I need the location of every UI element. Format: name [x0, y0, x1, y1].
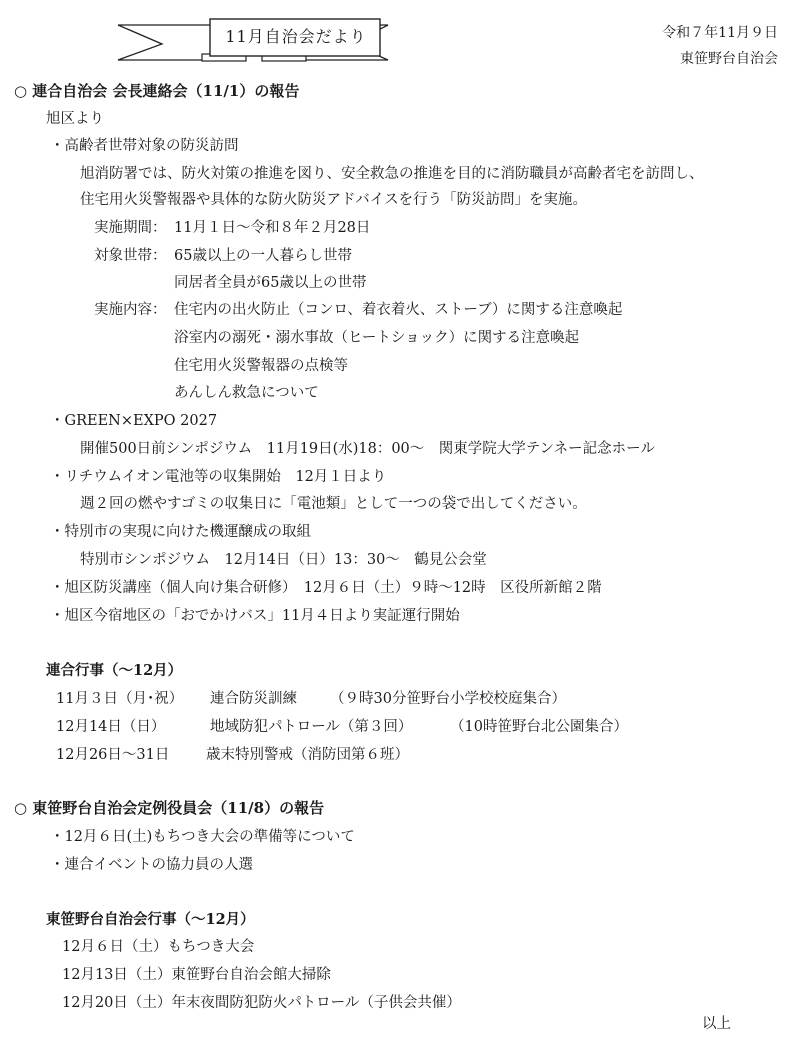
item-body: 週２回の燃やすゴミの収集日に「電池類」として一つの袋で出してください。: [80, 492, 587, 513]
detail-value: 同居者全員が65歳以上の世帯: [174, 271, 366, 292]
item-body: 開催500日前シンポジウム 11月19日(水)18：00〜 関東学院大学テンネー…: [80, 437, 655, 458]
item-title: ・特別市の実現に向けた機運醸成の取組: [50, 520, 311, 541]
issue-date: 令和７年11月９日: [662, 22, 778, 42]
detail-value: 住宅用火災警報器の点検等: [174, 354, 348, 375]
newsletter-title: 11月自治会だより: [210, 21, 382, 53]
detail-label: 対象世帯：: [94, 244, 167, 265]
detail-label: 実施内容：: [94, 298, 167, 319]
section2-item: ・連合イベントの協力員の人選: [50, 853, 253, 874]
item-body: 特別市シンポジウム 12月14日（日）13：30〜 鶴見公会堂: [80, 548, 487, 569]
event-date: 11月３日（月･祝）: [56, 687, 183, 708]
detail-value: 浴室内の溺死・溺水事故（ヒートショック）に関する注意喚起: [174, 326, 579, 347]
item-body: 住宅用火災警報器や具体的な防火防災アドバイスを行う「防災訪問」を実施。: [80, 188, 587, 209]
item-title: ・リチウムイオン電池等の収集開始 12月１日より: [50, 465, 386, 486]
event-note: （９時30分笹野台小学校校庭集合）: [330, 687, 566, 708]
item-title: ・GREEN×EXPO 2027: [50, 409, 217, 430]
section2-heading: ○ 東笹野台自治会定例役員会（11/8）の報告: [14, 797, 324, 818]
item-title: ・旭区防災講座（個人向け集合研修） 12月６日（土）９時〜12時 区役所新館２階: [50, 576, 602, 597]
issuing-organization: 東笹野台自治会: [680, 48, 778, 68]
event-date: 12月14日（日）: [56, 715, 165, 736]
event-name: 歳末特別警戒（消防団第６班）: [206, 743, 409, 764]
event-name: 連合防災訓練: [210, 687, 297, 708]
section1-heading: ○ 連合自治会 会長連絡会（11/1）の報告: [14, 80, 299, 101]
detail-value: 住宅内の出火防止（コンロ、着衣着火、ストーブ）に関する注意喚起: [174, 298, 622, 319]
detail-label: 実施期間：: [94, 216, 167, 237]
local-event-row: 12月13日（土）東笹野台自治会館大掃除: [62, 963, 331, 984]
section2-item: ・12月６日(土)もちつき大会の準備等について: [50, 825, 355, 846]
closing-text: 以上: [702, 1012, 731, 1033]
detail-value: あんしん救急について: [174, 381, 319, 402]
local-event-row: 12月６日（土）もちつき大会: [62, 935, 254, 956]
detail-value: 11月１日〜令和８年２月28日: [174, 216, 370, 237]
item-title: ・旭区今宿地区の「おでかけバス」11月４日より実証運行開始: [50, 604, 460, 625]
event-name: 地域防犯パトロール（第３回）: [210, 715, 412, 736]
event-date: 12月26日〜31日: [56, 743, 169, 764]
item-body: 旭消防署では、防火対策の推進を図り、安全救急の推進を目的に消防職員が高齢者宅を訪…: [80, 162, 704, 183]
item-title: ・高齢者世帯対象の防災訪問: [50, 134, 239, 155]
local-events-heading: 東笹野台自治会行事（〜12月）: [46, 908, 255, 929]
rengo-events-heading: 連合行事（〜12月）: [46, 659, 182, 680]
detail-value: 65歳以上の一人暮らし世帯: [174, 244, 352, 265]
section1-source: 旭区より: [46, 107, 104, 128]
local-event-row: 12月20日（土）年末夜間防犯防火パトロール（子供会共催）: [62, 991, 461, 1012]
event-note: （10時笹野台北公園集合）: [450, 715, 628, 736]
